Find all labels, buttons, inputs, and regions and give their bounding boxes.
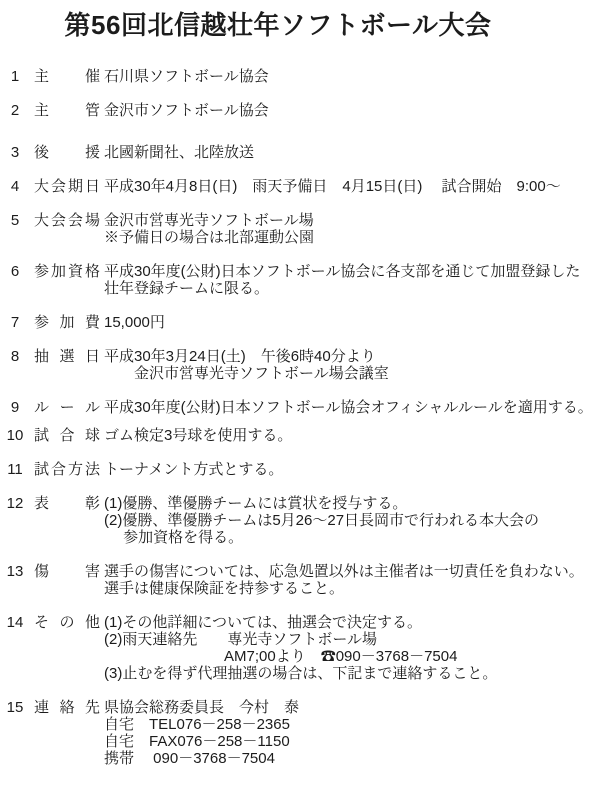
item-value: 平成30年4月8日(日) 雨天予備日 4月15日(日) 試合開始 9:00～ bbox=[104, 178, 600, 195]
item-number: 8 bbox=[0, 348, 30, 365]
document-page: 第56回北信越壮年ソフトボール大会 1 主催 石川県ソフトボール協会 2 主管 … bbox=[0, 0, 600, 767]
item-value: 平成30年度(公財)日本ソフトボール協会に各支部を通じて加盟登録した 壮年登録チ… bbox=[104, 263, 600, 297]
list-item: 9 ルール 平成30年度(公財)日本ソフトボール協会オフィシャルルールを適用する… bbox=[0, 399, 600, 416]
item-number: 3 bbox=[0, 144, 30, 161]
item-label: その他 bbox=[34, 614, 100, 631]
list-item: 6 参加資格 平成30年度(公財)日本ソフトボール協会に各支部を通じて加盟登録し… bbox=[0, 263, 600, 297]
item-label: 試合方法 bbox=[34, 461, 100, 478]
list-item: 10 試合球 ゴム検定3号球を使用する。 bbox=[0, 427, 600, 444]
item-value: トーナメント方式とする。 bbox=[104, 461, 600, 478]
list-item: 13 傷害 選手の傷害については、応急処置以外は主催者は一切責任を負わない。 選… bbox=[0, 563, 600, 597]
list-item: 1 主催 石川県ソフトボール協会 bbox=[0, 68, 600, 85]
item-label: 試合球 bbox=[34, 427, 100, 444]
item-value: 平成30年度(公財)日本ソフトボール協会オフィシャルルールを適用する。 bbox=[104, 399, 600, 416]
item-number: 1 bbox=[0, 68, 30, 85]
item-number: 11 bbox=[0, 461, 30, 478]
list-item: 4 大会期日 平成30年4月8日(日) 雨天予備日 4月15日(日) 試合開始 … bbox=[0, 178, 600, 195]
item-number: 9 bbox=[0, 399, 30, 416]
item-label: 主催 bbox=[34, 68, 100, 85]
item-number: 6 bbox=[0, 263, 30, 280]
item-value: 金沢市ソフトボール協会 bbox=[104, 102, 600, 119]
item-number: 4 bbox=[0, 178, 30, 195]
item-number: 5 bbox=[0, 212, 30, 229]
item-value: ゴム検定3号球を使用する。 bbox=[104, 427, 600, 444]
item-label: 連絡先 bbox=[34, 699, 100, 716]
list-item: 7 参加費 15,000円 bbox=[0, 314, 600, 331]
page-title: 第56回北信越壮年ソフトボール大会 bbox=[0, 8, 556, 42]
item-value: 県協会総務委員長 今村 泰 自宅 TEL076－258－2365 自宅 FAX0… bbox=[104, 699, 600, 767]
list-item: 5 大会会場 金沢市営専光寺ソフトボール場 ※予備日の場合は北部運動公園 bbox=[0, 212, 600, 246]
item-number: 12 bbox=[0, 495, 30, 512]
item-value: 金沢市営専光寺ソフトボール場 ※予備日の場合は北部運動公園 bbox=[104, 212, 600, 246]
list-item: 11 試合方法 トーナメント方式とする。 bbox=[0, 461, 600, 478]
item-label: 表彰 bbox=[34, 495, 100, 512]
item-label: 後援 bbox=[34, 144, 100, 161]
item-value: (1)優勝、準優勝チームには賞状を授与する。 (2)優勝、準優勝チームは5月26… bbox=[104, 495, 600, 546]
item-number: 7 bbox=[0, 314, 30, 331]
item-value: 選手の傷害については、応急処置以外は主催者は一切責任を負わない。 選手は健康保険… bbox=[104, 563, 600, 597]
item-label: 参加資格 bbox=[34, 263, 100, 280]
item-label: 大会会場 bbox=[34, 212, 100, 229]
item-number: 13 bbox=[0, 563, 30, 580]
item-value: 石川県ソフトボール協会 bbox=[104, 68, 600, 85]
items-list: 1 主催 石川県ソフトボール協会 2 主管 金沢市ソフトボール協会 3 後援 北… bbox=[0, 68, 600, 767]
list-item: 3 後援 北國新聞社、北陸放送 bbox=[0, 144, 600, 161]
item-label: 大会期日 bbox=[34, 178, 100, 195]
item-number: 10 bbox=[0, 427, 30, 444]
item-label: 傷害 bbox=[34, 563, 100, 580]
item-label: ルール bbox=[34, 399, 100, 416]
item-value: 15,000円 bbox=[104, 314, 600, 331]
list-item: 2 主管 金沢市ソフトボール協会 bbox=[0, 102, 600, 119]
list-item: 12 表彰 (1)優勝、準優勝チームには賞状を授与する。 (2)優勝、準優勝チー… bbox=[0, 495, 600, 546]
item-value: (1)その他詳細については、抽選会で決定する。 (2)雨天連絡先 専光寺ソフトボ… bbox=[104, 614, 600, 682]
item-value: 平成30年3月24日(土) 午後6時40分より 金沢市営専光寺ソフトボール場会議… bbox=[104, 348, 600, 382]
item-number: 2 bbox=[0, 102, 30, 119]
item-label: 参加費 bbox=[34, 314, 100, 331]
item-number: 15 bbox=[0, 699, 30, 716]
list-item: 15 連絡先 県協会総務委員長 今村 泰 自宅 TEL076－258－2365 … bbox=[0, 699, 600, 767]
item-number: 14 bbox=[0, 614, 30, 631]
item-label: 抽選日 bbox=[34, 348, 100, 365]
item-value: 北國新聞社、北陸放送 bbox=[104, 144, 600, 161]
list-item: 8 抽選日 平成30年3月24日(土) 午後6時40分より 金沢市営専光寺ソフト… bbox=[0, 348, 600, 382]
list-item: 14 その他 (1)その他詳細については、抽選会で決定する。 (2)雨天連絡先 … bbox=[0, 614, 600, 682]
item-label: 主管 bbox=[34, 102, 100, 119]
